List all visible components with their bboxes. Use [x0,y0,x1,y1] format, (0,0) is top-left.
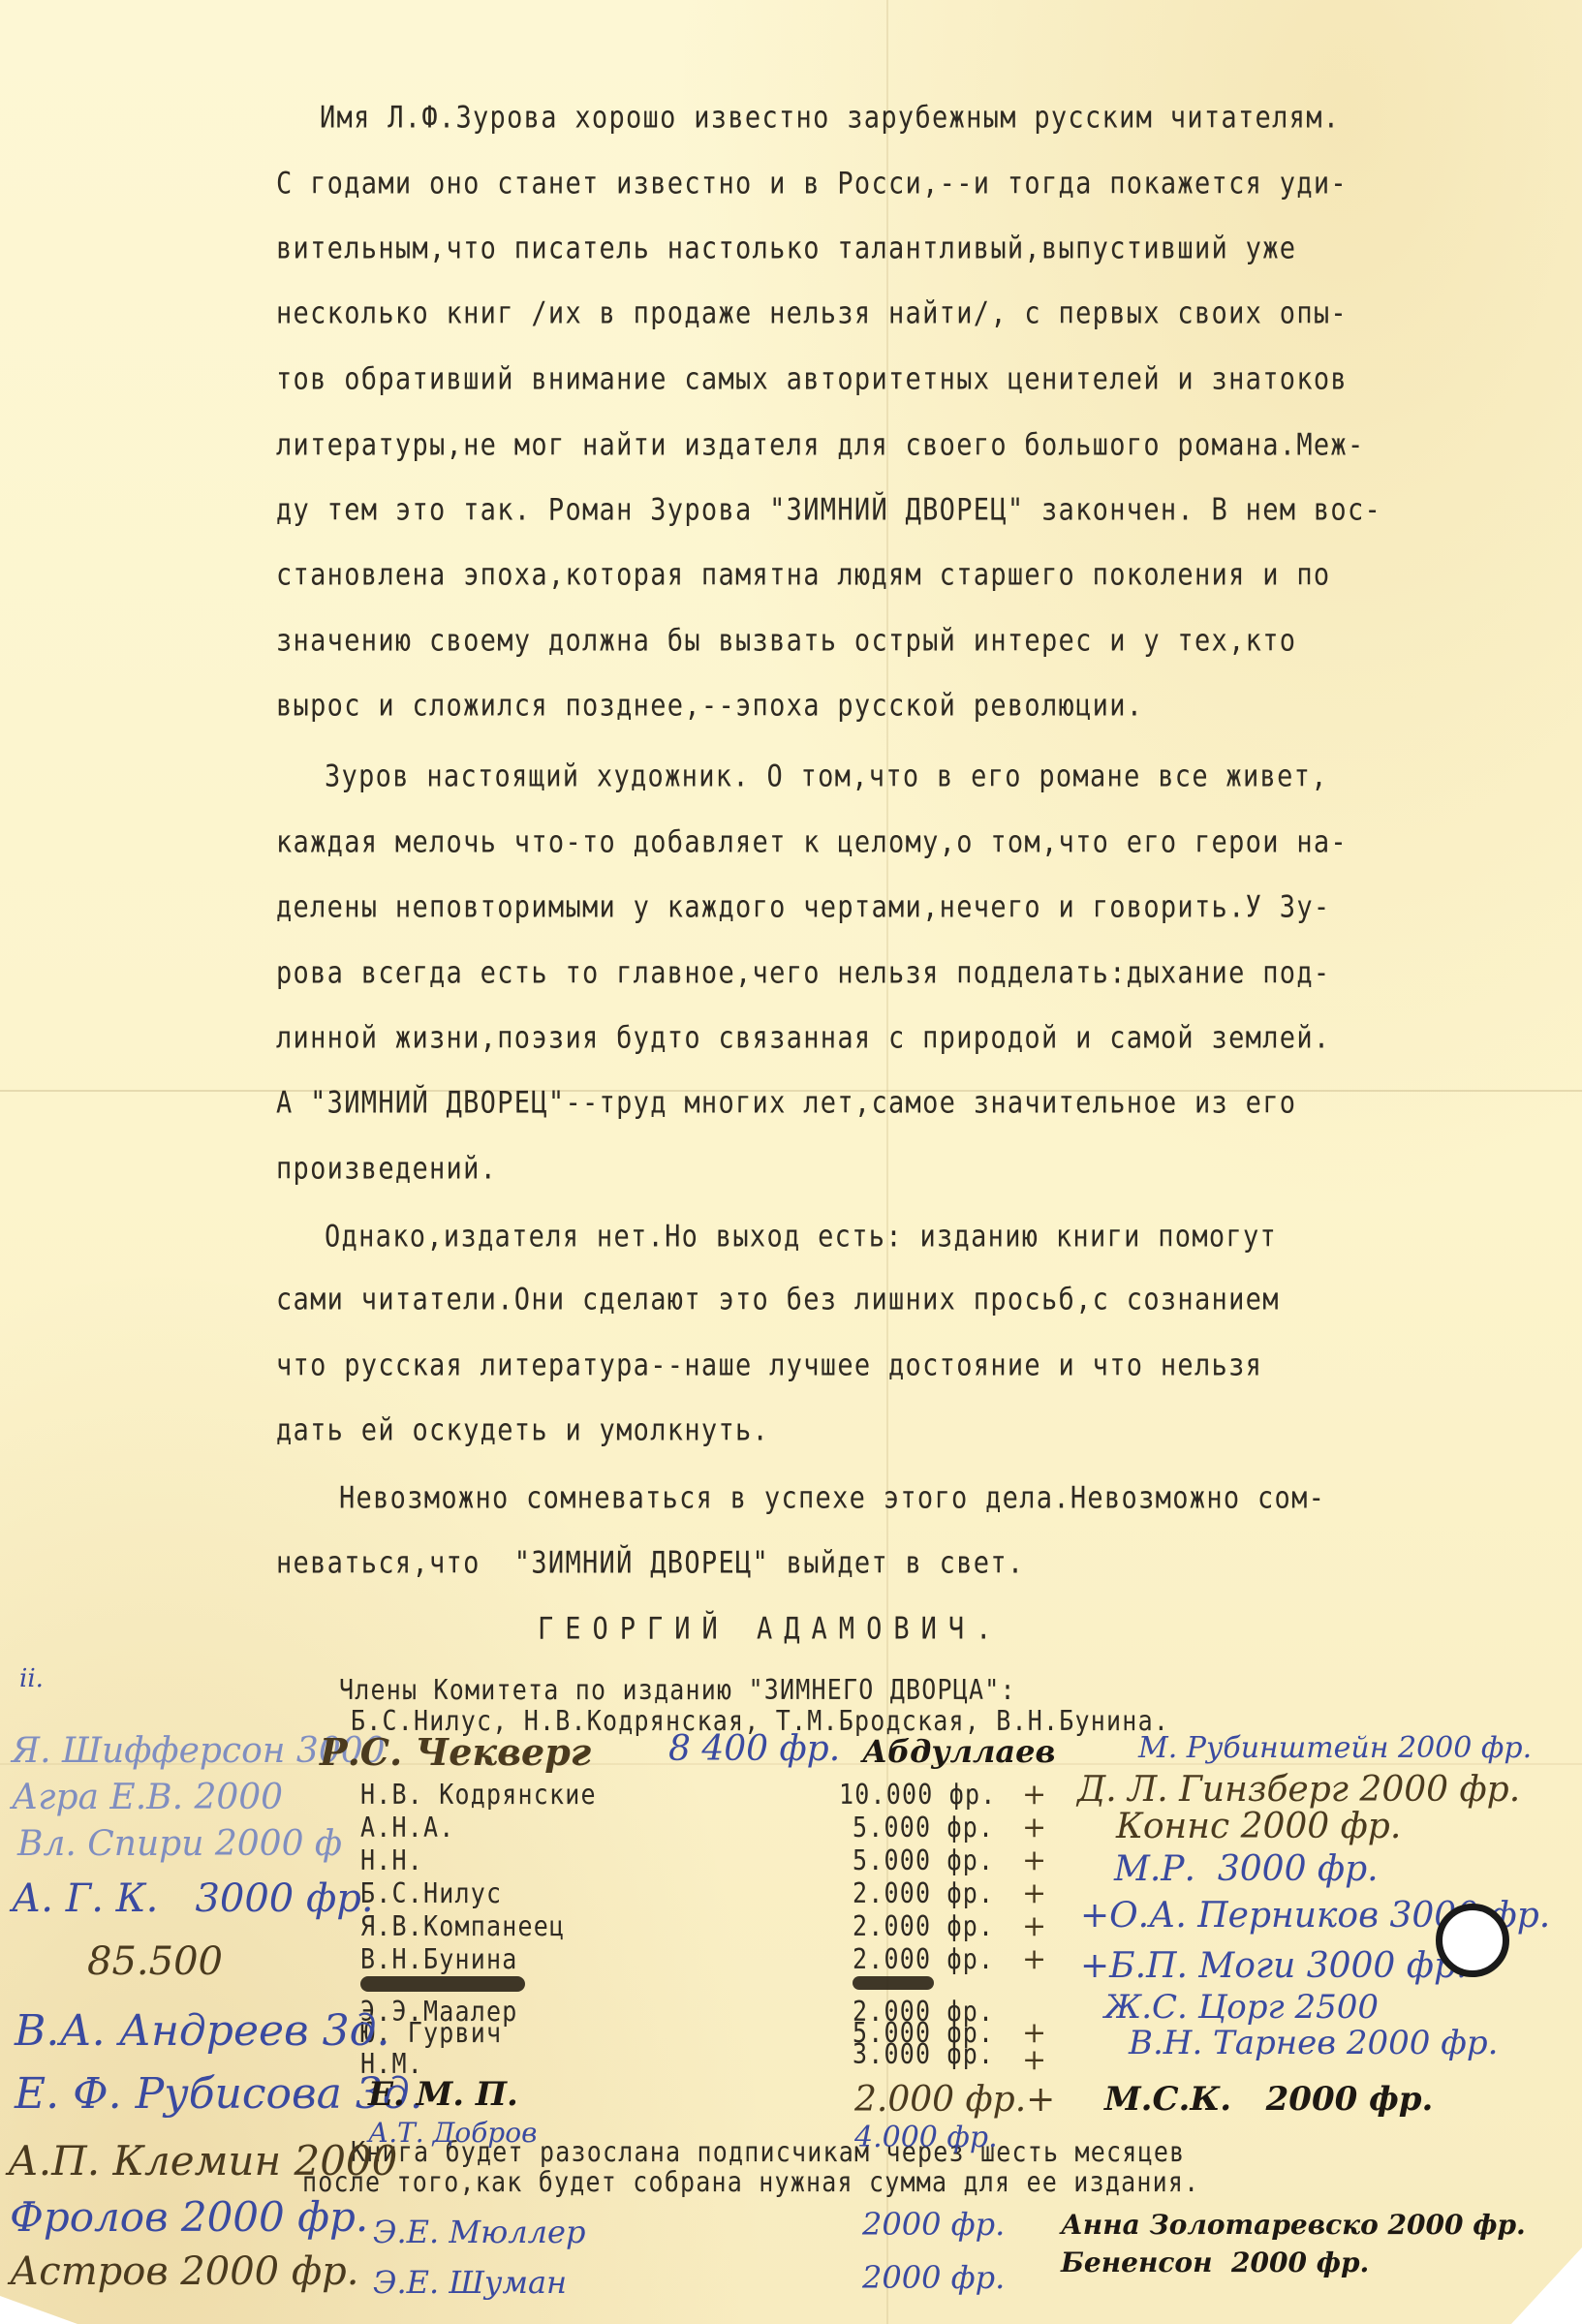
handwritten-note: А.П. Клемин 2000 [8,2141,397,2182]
handwritten-note: Д. Л. Гинзберг 2000 фр. [1077,1773,1520,1808]
handwritten-total: 85.500 [87,1942,223,1981]
donor-name: В.Н.Бунина [360,1945,518,1973]
handwritten-note: 2000 фр. [862,2209,1005,2240]
body-line: сами читатели.Они сделают это без лишних… [276,1285,1280,1315]
check-mark: + [1022,1813,1046,1843]
body-line: дать ей оскудеть и умолкнуть. [276,1415,769,1445]
signature: ГЕОРГИЙ АДАМОВИЧ. [538,1614,1003,1644]
handwritten-note: М. Рубинштейн 2000 фр. [1138,1734,1532,1763]
body-line: каждая мелочь что-то добавляет к целому,… [276,827,1348,857]
donor-amount: 2.000 фр. [853,1945,994,1973]
body-line: тов обративший внимание самых авторитетн… [276,364,1348,394]
body-line: неваться,что "ЗИМНИЙ ДВОРЕЦ" выйдет в св… [276,1548,1024,1578]
redaction-mark [360,1976,525,1992]
check-mark: + [1022,1846,1046,1875]
handwritten-note: В.А. Андреев 3д. [15,2010,390,2053]
body-line: С годами оно станет известно и в Росси,-… [276,169,1348,199]
donor-amount: 2.000 фр. [853,1912,994,1940]
body-line: линной жизни,поэзия будто связанная с пр… [276,1023,1330,1053]
torn-edge [0,2296,78,2324]
donor-name: Б.С.Нилус [360,1879,502,1907]
body-line: делены неповторимыми у каждого чертами,н… [276,892,1330,922]
handwritten-note: Агра Е.В. 2000 [12,1781,283,1815]
body-line: становлена эпоха,которая памятна людям с… [276,560,1330,590]
handwritten-note: А.Т. Добров [368,2120,537,2147]
handwritten-note: Е. М. П. [368,2078,518,2111]
donor-name: Н.В. Кодрянские [360,1781,597,1809]
donor-name: А.Н.А. [360,1813,455,1842]
committee-heading: Члены Комитета по изданию "ЗИМНЕГО ДВОРЦ… [339,1676,1016,1704]
body-line: значению своему должна бы вызвать острый… [276,626,1296,656]
redaction-mark [853,1976,934,1990]
body-line: несколько книг /их в продаже нельзя найт… [276,298,1348,328]
donor-amount: 5.000 фр. [853,1813,994,1842]
body-line: вырос и сложился позднее,--эпоха русской… [276,691,1143,721]
check-mark: + [1022,1781,1046,1810]
donor-amount: 10.000 фр. [839,1781,997,1809]
donor-amount: 3.000 фр. [853,2040,994,2068]
handwritten-note: Э.Е. Мюллер [373,2216,585,2247]
handwritten-note: 4.000 фр. [854,2123,998,2153]
body-line: А "ЗИМНИЙ ДВОРЕЦ"--труд многих лет,самое… [276,1088,1296,1118]
body-line: вительным,что писатель настолько талантл… [276,233,1296,263]
donor-amount: 2.000 фр. [853,1879,994,1907]
handwritten-note: Астров 2000 фр. [10,2252,358,2291]
footer-line: после того,как будет собрана нужная сумм… [302,2168,1199,2196]
body-line: что русская литература--наше лучшее дост… [276,1350,1262,1380]
handwritten-note: ii. [19,1666,44,1691]
handwritten-note: Э.Е. Шуман [373,2267,567,2298]
handwritten-note: Абдуллаев [862,1736,1056,1767]
check-mark: + [1022,1945,1046,1974]
handwritten-note: Бененсон 2000 фр. [1061,2249,1369,2277]
handwritten-note: Коннс 2000 фр. [1116,1810,1401,1844]
body-line: Невозможно сомневаться в успехе этого де… [339,1483,1325,1513]
torn-edge [1511,2247,1582,2324]
handwritten-note: Анна Золотаревско 2000 фр. [1061,2212,1526,2239]
handwritten-note: Р.С. Чекверг [320,1734,591,1771]
handwritten-note: Фролов 2000 фр. [10,2197,368,2238]
body-line: Однако,издателя нет.Но выход есть: издан… [325,1222,1277,1252]
handwritten-note: В.Н. Тарнев 2000 фр. [1129,2027,1498,2060]
body-line: литературы,не мог найти издателя для сво… [276,430,1365,460]
body-line: рова всегда есть то главное,чего нельзя … [276,958,1330,988]
handwritten-note: 8 400 фр. [668,1732,840,1767]
check-mark: + [1022,1912,1046,1941]
body-line: Имя Л.Ф.Зурова хорошо известно зарубежны… [320,103,1340,133]
check-mark: + [1022,1879,1046,1908]
handwritten-note: Вл. Спири 2000 ф [17,1827,342,1862]
document-page: Имя Л.Ф.Зурова хорошо известно зарубежны… [0,0,1582,2324]
handwritten-note: 2.000 фр.+ [854,2083,1055,2118]
donor-name: Я.В.Компанеец [360,1912,565,1940]
body-line: произведений. [276,1154,497,1184]
handwritten-note: 2000 фр. [862,2262,1005,2293]
check-mark: + [1022,2046,1046,2075]
burn-hole [1436,1904,1509,1977]
handwritten-note: А. Г. К. 3000 фр. [12,1879,374,1918]
handwritten-note: Е. Ф. Рубисова 3д. [15,2073,423,2116]
donor-name: Н.Н. [360,1846,423,1875]
handwritten-note: М.Р. 3000 фр. [1114,1852,1379,1887]
donor-amount: 5.000 фр. [853,1846,994,1875]
body-line: ду тем это так. Роман Зурова "ЗИМНИЙ ДВО… [276,495,1381,525]
handwritten-note: Ж.С. Цорг 2500 [1104,1991,1379,2024]
body-line: Зуров настоящий художник. О том,что в ег… [325,761,1328,791]
handwritten-note: +Б.П. Моги 3000 фр. [1080,1949,1467,1984]
handwritten-note: М.С.К. 2000 фр. [1104,2083,1433,2116]
